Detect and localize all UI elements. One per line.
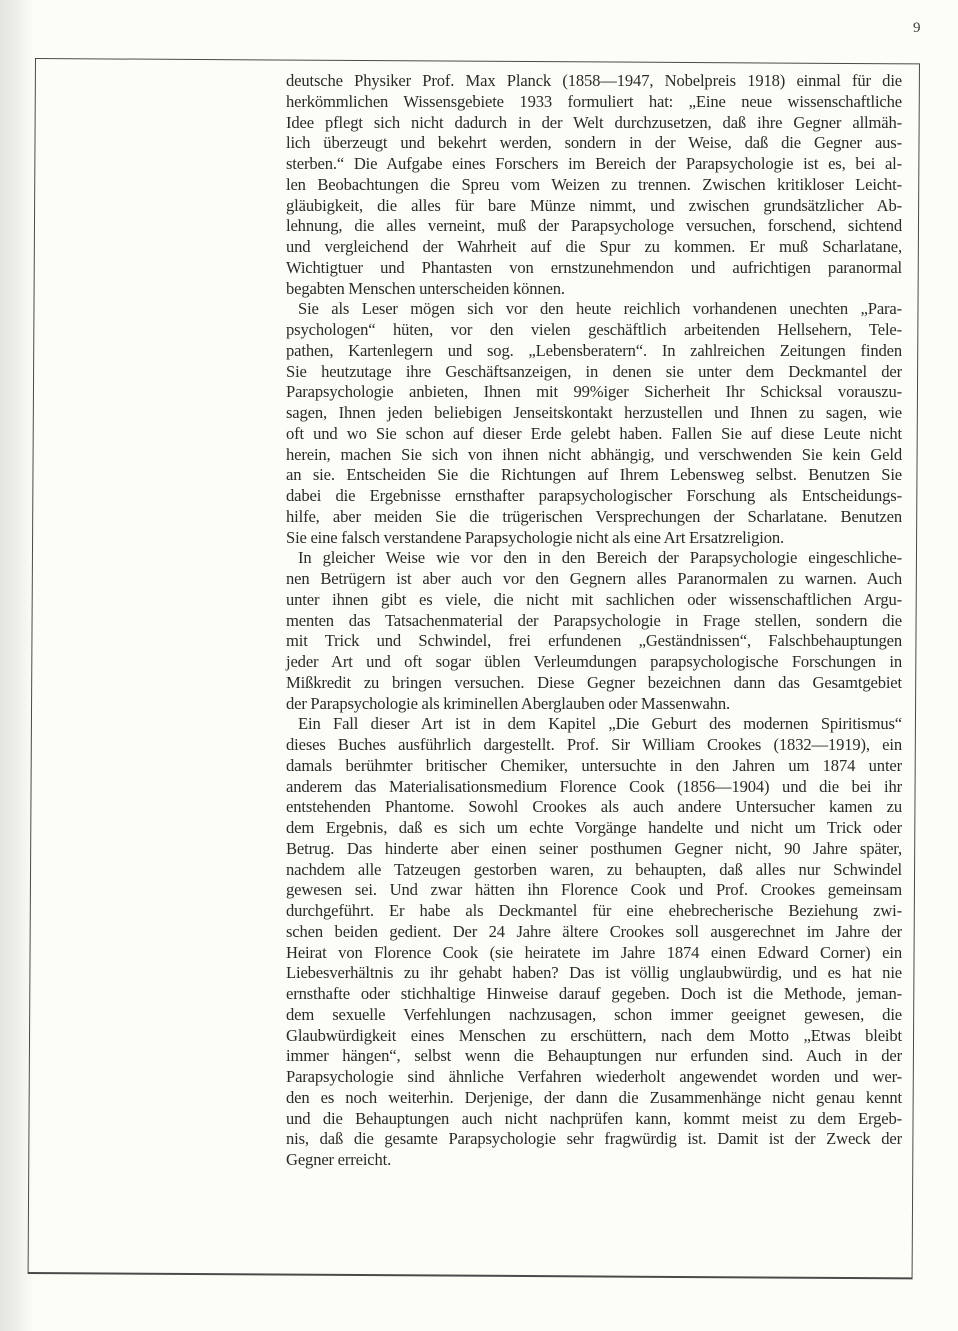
text-line: herkömmlichen Wissensgebiete 1933 formul…	[286, 92, 902, 113]
text-line: dem sexuelle Verfehlungen nachzusagen, s…	[286, 1005, 902, 1026]
text-line: Idee pflegt sich nicht dadurch in der We…	[286, 113, 902, 134]
text-line: anderem das Materialisationsmedium Flore…	[286, 777, 902, 798]
text-line: Mißkredit zu bringen versuchen. Diese Ge…	[286, 673, 902, 694]
paragraph: Ein Fall dieser Art ist in dem Kapitel „…	[286, 714, 902, 1171]
page-number: 9	[913, 20, 921, 37]
text-line: len Beobachtungen die Spreu vom Weizen z…	[286, 175, 902, 196]
text-line: dem Ergebnis, daß es sich um echte Vorgä…	[286, 818, 902, 839]
text-line: pathen, Kartenlegern und sog. „Lebensber…	[286, 341, 902, 362]
text-line: Ein Fall dieser Art ist in dem Kapitel „…	[286, 714, 902, 735]
text-line: schen beiden gedient. Der 24 Jahre älter…	[286, 922, 902, 943]
text-line: herein, machen Sie sich von ihnen nicht …	[286, 445, 902, 466]
text-line: dabei die Ergebnisse ernsthafter parapsy…	[286, 486, 902, 507]
text-line: Sie heutzutage ihre Geschäftsanzeigen, i…	[286, 362, 902, 383]
text-line: lich überzeugt und bekehrt werden, sonde…	[286, 133, 902, 154]
text-line: unter ihnen gibt es viele, die nicht mit…	[286, 590, 902, 611]
text-line: deutsche Physiker Prof. Max Planck (1858…	[286, 71, 902, 92]
text-line: der Parapsychologie als kriminellen Aber…	[286, 694, 902, 715]
text-line: gewesen sei. Und zwar hätten ihn Florenc…	[286, 880, 902, 901]
text-line: psychologen“ hüten, vor den vielen gesch…	[286, 320, 902, 341]
text-line: Parapsychologie sind ähnliche Verfahren …	[286, 1067, 902, 1088]
text-line: nen Betrügern ist aber auch vor den Gegn…	[286, 569, 902, 590]
text-line: oft und wo Sie schon auf dieser Erde gel…	[286, 424, 902, 445]
text-line: Betrug. Das hinderte aber einen seiner p…	[286, 839, 902, 860]
text-line: damals berühmter britischer Chemiker, un…	[286, 756, 902, 777]
text-line: Liebesverhältnis zu ihr gehabt haben? Da…	[286, 963, 902, 984]
text-line: sagen, Ihnen jeden beliebigen Jenseitsko…	[286, 403, 902, 424]
paragraph: deutsche Physiker Prof. Max Planck (1858…	[286, 71, 902, 299]
text-line: Wichtigtuer und Phantasten von ernstzune…	[286, 258, 902, 279]
text-line: sterben.“ Die Aufgabe eines Forschers im…	[286, 154, 902, 175]
text-line: Gegner erreicht.	[286, 1150, 902, 1171]
text-line: durchgeführt. Er habe als Deckmantel für…	[286, 901, 902, 922]
text-line: und die Behauptungen auch nicht nachprüf…	[286, 1109, 902, 1130]
text-line: dieses Buches ausführlich dargestellt. P…	[286, 735, 902, 756]
text-line: und vergleichend der Wahrheit auf die Sp…	[286, 237, 902, 258]
text-line: den es noch weiterhin. Derjenige, der da…	[286, 1088, 902, 1109]
text-line: hilfe, aber meiden Sie die trügerischen …	[286, 507, 902, 528]
text-line: nis, daß die gesamte Parapsychologie seh…	[286, 1129, 902, 1150]
text-line: Heirat von Florence Cook (sie heiratete …	[286, 943, 902, 964]
text-line: mit Trick und Schwindel, frei erfundenen…	[286, 631, 902, 652]
body-text: deutsche Physiker Prof. Max Planck (1858…	[286, 71, 902, 1171]
text-line: Sie als Leser mögen sich vor den heute r…	[286, 299, 902, 320]
text-line: gläubigkeit, die alles für bare Münze ni…	[286, 196, 902, 217]
text-line: entstehenden Phantome. Sowohl Crookes al…	[286, 797, 902, 818]
text-line: Sie eine falsch verstandene Parapsycholo…	[286, 528, 902, 549]
text-line: begabten Menschen unterscheiden können.	[286, 279, 902, 300]
text-line: In gleicher Weise wie vor den in den Ber…	[286, 548, 902, 569]
text-line: nachdem alle Tatzeugen gestorben waren, …	[286, 860, 902, 881]
paragraph: Sie als Leser mögen sich vor den heute r…	[286, 299, 902, 548]
text-line: ernsthafte oder stichhaltige Hinweise da…	[286, 984, 902, 1005]
text-line: immer hängen“, selbst wenn die Behauptun…	[286, 1046, 902, 1067]
text-line: Parapsychologie anbieten, Ihnen mit 99%i…	[286, 382, 902, 403]
text-line: jeder Art und oft sogar üblen Verleumdun…	[286, 652, 902, 673]
paragraph: In gleicher Weise wie vor den in den Ber…	[286, 548, 902, 714]
text-line: lehnung, die alles verneint, muß der Par…	[286, 216, 902, 237]
text-line: Glaubwürdigkeit eines Menschen zu erschü…	[286, 1026, 902, 1047]
text-line: menten das Tatsachenmaterial der Parapsy…	[286, 611, 902, 632]
text-line: an sie. Entscheiden Sie die Richtungen a…	[286, 465, 902, 486]
